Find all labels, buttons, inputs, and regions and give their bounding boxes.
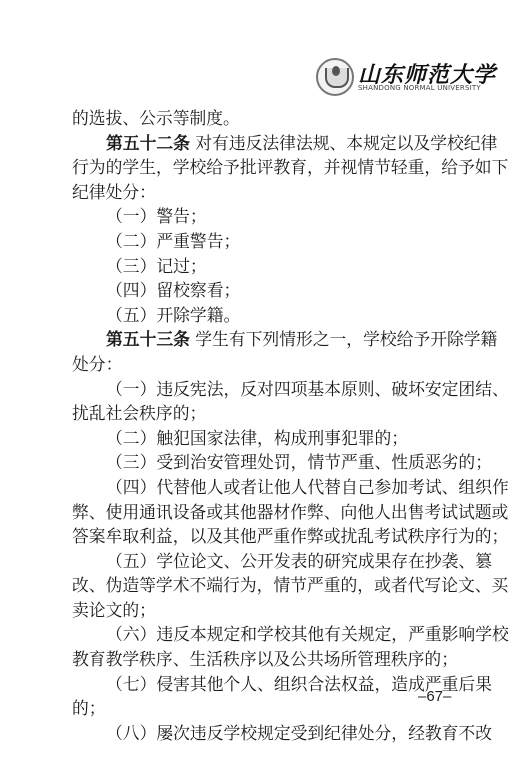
- line-text: 教育教学秩序、生活秩序以及公共场所管理秩序的；: [72, 649, 458, 669]
- text-line: （二）严重警告；: [72, 229, 454, 254]
- text-line: 卖论文的；: [72, 598, 454, 623]
- line-text: 扰乱社会秩序的；: [72, 403, 206, 423]
- text-line: 的选拔、公示等制度。: [72, 106, 454, 131]
- text-line: （四）代替他人或者让他人代替自己参加考试、组织作: [72, 475, 454, 500]
- text-line: （七）侵害其他个人、组织合法权益，造成严重后果: [72, 672, 454, 697]
- line-text: 行为的学生，学校给予批评教育，并视情节轻重，给予如下: [72, 157, 508, 177]
- text-line: （三）记过；: [72, 254, 454, 279]
- text-line: （一）警告；: [72, 204, 454, 229]
- text-line: 行为的学生，学校给予批评教育，并视情节轻重，给予如下: [72, 155, 454, 180]
- text-line: （一）违反宪法，反对四项基本原则、破坏安定团结、: [72, 377, 454, 402]
- line-text: （三）记过；: [106, 256, 207, 276]
- line-text: （五）学位论文、公开发表的研究成果存在抄袭、篡: [106, 551, 492, 571]
- line-text: （一）违反宪法，反对四项基本原则、破坏安定团结、: [106, 379, 509, 399]
- line-text: 卖论文的；: [72, 600, 156, 620]
- text-line: （六）违反本规定和学校其他有关规定，严重影响学校: [72, 622, 454, 647]
- article-line: 第五十二条 对有违反法律法规、本规定以及学校纪律: [72, 131, 454, 156]
- article-number: 第五十三条: [106, 329, 190, 349]
- text-line: （五）开除学籍。: [72, 303, 454, 328]
- line-text: 学生有下列情形之一，学校给予开除学籍: [190, 329, 497, 349]
- university-name-en: SHANDONG NORMAL UNIVERSITY: [358, 84, 481, 92]
- line-text: 处分：: [72, 354, 122, 374]
- text-line: 教育教学秩序、生活秩序以及公共场所管理秩序的；: [72, 647, 454, 672]
- page-header: 山东师范大学 SHANDONG NORMAL UNIVERSITY: [312, 56, 472, 100]
- line-text: 弊、使用通讯设备或其他器材作弊、向他人出售考试试题或: [72, 502, 508, 522]
- text-line: 纪律处分：: [72, 180, 454, 205]
- text-line: （四）留校察看；: [72, 278, 454, 303]
- text-line: （二）触犯国家法律，构成刑事犯罪的；: [72, 426, 454, 451]
- article-number: 第五十二条: [106, 133, 190, 153]
- line-text: （三）受到治安管理处罚，情节严重、性质恶劣的；: [106, 452, 492, 472]
- line-text: 的选拔、公示等制度。: [72, 108, 240, 128]
- line-text: （八）屡次违反学校规定受到纪律处分，经教育不改: [106, 723, 492, 743]
- text-line: （三）受到治安管理处罚，情节严重、性质恶劣的；: [72, 450, 454, 475]
- line-text: （一）警告；: [106, 206, 207, 226]
- text-line: 处分：: [72, 352, 454, 377]
- line-text: 纪律处分：: [72, 182, 156, 202]
- emblem-drop: [332, 66, 340, 76]
- page-number: –67–: [418, 688, 451, 705]
- university-emblem-icon: [316, 58, 354, 96]
- line-text: 答案牟取利益，以及其他严重作弊或扰乱考试秩序行为的；: [72, 526, 508, 546]
- document-body: 的选拔、公示等制度。第五十二条 对有违反法律法规、本规定以及学校纪律行为的学生，…: [72, 106, 454, 745]
- text-line: （八）屡次违反学校规定受到纪律处分，经教育不改: [72, 721, 454, 746]
- text-line: （五）学位论文、公开发表的研究成果存在抄袭、篡: [72, 549, 454, 574]
- article-line: 第五十三条 学生有下列情形之一，学校给予开除学籍: [72, 327, 454, 352]
- text-line: 的；: [72, 696, 454, 721]
- line-text: （四）代替他人或者让他人代替自己参加考试、组织作: [106, 477, 509, 497]
- text-line: 答案牟取利益，以及其他严重作弊或扰乱考试秩序行为的；: [72, 524, 454, 549]
- line-text: 对有违反法律法规、本规定以及学校纪律: [190, 133, 497, 153]
- text-line: 弊、使用通讯设备或其他器材作弊、向他人出售考试试题或: [72, 500, 454, 525]
- line-text: （六）违反本规定和学校其他有关规定，严重影响学校: [106, 624, 509, 644]
- text-line: 扰乱社会秩序的；: [72, 401, 454, 426]
- line-text: （二）严重警告；: [106, 231, 240, 251]
- line-text: 的；: [72, 698, 106, 718]
- line-text: （四）留校察看；: [106, 280, 240, 300]
- line-text: （五）开除学籍。: [106, 305, 240, 325]
- line-text: 改、伪造等学术不端行为，情节严重的，或者代写论文、买: [72, 575, 508, 595]
- line-text: （二）触犯国家法律，构成刑事犯罪的；: [106, 428, 408, 448]
- text-line: 改、伪造等学术不端行为，情节严重的，或者代写论文、买: [72, 573, 454, 598]
